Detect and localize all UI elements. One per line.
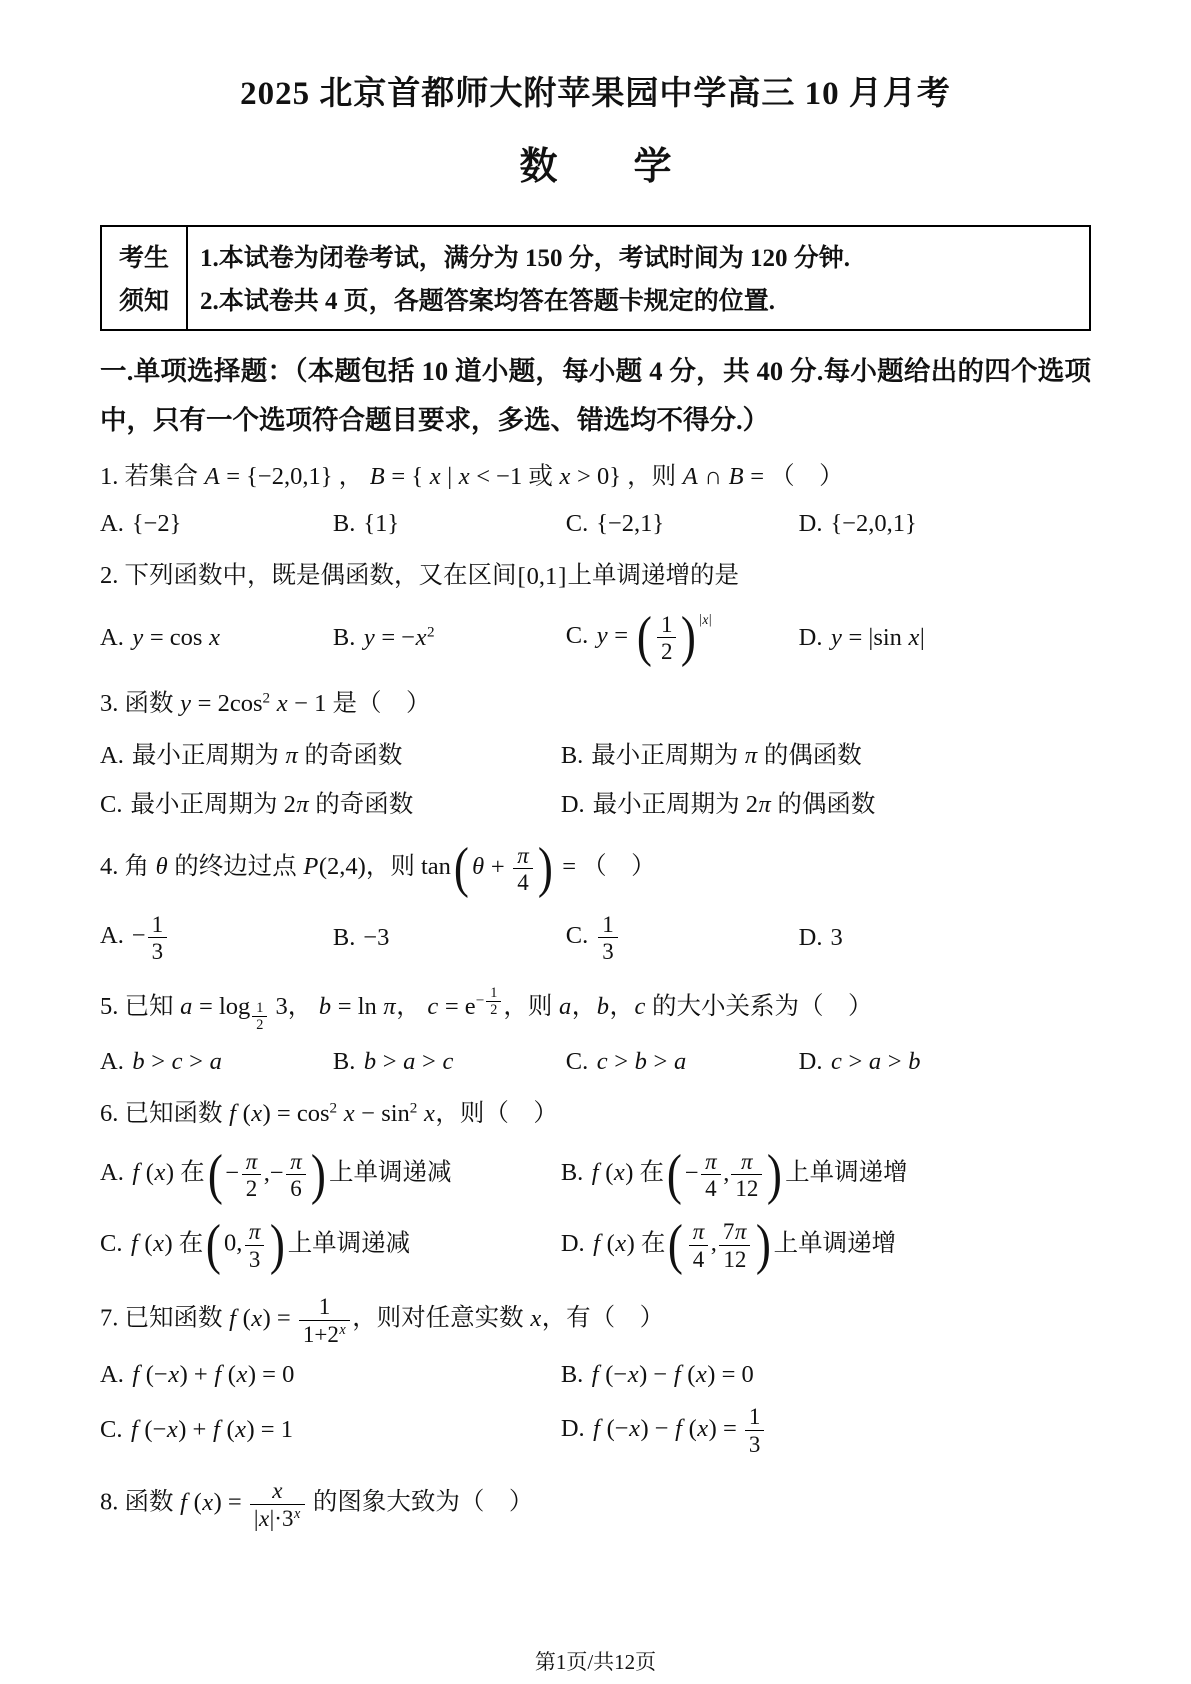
- answer-option: D.y = |sin x|: [799, 624, 1091, 652]
- answer-option: A.−13: [100, 911, 333, 965]
- option-label: A.: [100, 624, 124, 651]
- question-stem: 5. 已知 a = log12 3， b = ln π， c = e−12，则 …: [100, 985, 1091, 1034]
- option-label: D.: [799, 510, 823, 537]
- question-block: 8. 函数 f (x) = x|x|·3x 的图象大致为（ ）: [100, 1477, 1091, 1531]
- answer-option: B.f (x) 在(−π4,π12)上单调递增: [561, 1147, 1091, 1203]
- question-block: 7. 已知函数 f (x) = 11+2x，则对任意实数 x，有（ ） A.f …: [100, 1293, 1091, 1457]
- question-block: 6. 已知函数 f (x) = cos2 x − sin2 x，则（ ） A.f…: [100, 1096, 1091, 1273]
- notice-item: 1.本试卷为闭卷考试，满分为 150 分，考试时间为 120 分钟.: [200, 238, 1077, 274]
- answer-option: C.13: [566, 911, 799, 965]
- option-math: f (x) 在(−π4,π12)上单调递增: [591, 1159, 907, 1186]
- notice-item: 2.本试卷共 4 页，各题答案均答在答题卡规定的位置.: [200, 281, 1077, 317]
- option-row: A.f (x) 在(−π2,−π6)上单调递减 B.f (x) 在(−π4,π1…: [100, 1147, 1091, 1203]
- question-block: 1. 若集合 A = {−2,0,1} ， B = { x | x < −1 或…: [100, 459, 1091, 538]
- question-stem: 1. 若集合 A = {−2,0,1} ， B = { x | x < −1 或…: [100, 459, 1091, 496]
- option-math: −3: [363, 924, 389, 951]
- option-math: y = −x2: [363, 624, 434, 651]
- question-block: 3. 函数 y = 2cos2 x − 1 是（ ） A.最小正周期为 π 的奇…: [100, 686, 1091, 821]
- question-stem: 4. 角 θ 的终边过点 P(2,4)，则 tan(θ + π4) = （ ）: [100, 840, 1091, 896]
- answer-option: A.y = cos x: [100, 624, 333, 652]
- question-stem: 3. 函数 y = 2cos2 x − 1 是（ ）: [100, 686, 1091, 723]
- option-label: D.: [561, 1415, 585, 1442]
- question-block: 4. 角 θ 的终边过点 P(2,4)，则 tan(θ + π4) = （ ） …: [100, 840, 1091, 964]
- option-label: B.: [333, 624, 355, 651]
- notice-items: 1.本试卷为闭卷考试，满分为 150 分，考试时间为 120 分钟. 2.本试卷…: [188, 227, 1089, 329]
- option-row: A.最小正周期为 π 的奇函数 B.最小正周期为 π 的偶函数: [100, 736, 1091, 771]
- option-row: C.f (−x) + f (x) = 1 D.f (−x) − f (x) = …: [100, 1403, 1091, 1457]
- option-label: A.: [100, 510, 124, 537]
- option-label: D.: [561, 791, 585, 818]
- option-row: A.b > c > a B.b > a > c C.c > b > a D.c …: [100, 1048, 1091, 1076]
- answer-option: C.c > b > a: [566, 1048, 799, 1076]
- option-label: B.: [333, 1048, 355, 1075]
- option-math: {−2,0,1}: [830, 510, 916, 537]
- option-math: 最小正周期为 π 的偶函数: [591, 742, 862, 769]
- subject-title: 数 学: [100, 145, 1091, 191]
- answer-option: A.f (−x) + f (x) = 0: [100, 1361, 561, 1389]
- notice-box: 考生 须知 1.本试卷为闭卷考试，满分为 150 分，考试时间为 120 分钟.…: [100, 225, 1091, 331]
- option-math: f (−x) − f (x) = 0: [591, 1361, 754, 1388]
- option-math: b > c > a: [132, 1048, 223, 1075]
- option-math: f (x) 在(−π2,−π6)上单调递减: [132, 1159, 452, 1186]
- option-rows: A.b > c > a B.b > a > c C.c > b > a D.c …: [100, 1048, 1091, 1076]
- option-math: f (x) 在(0,π3)上单调递减: [130, 1230, 410, 1257]
- option-label: B.: [333, 924, 355, 951]
- question-stem: 6. 已知函数 f (x) = cos2 x − sin2 x，则（ ）: [100, 1096, 1091, 1133]
- option-math: {−2}: [132, 510, 182, 537]
- answer-option: C.最小正周期为 2π 的奇函数: [100, 785, 561, 820]
- notice-left-line: 考生: [119, 238, 169, 274]
- option-math: 最小正周期为 π 的奇函数: [132, 742, 403, 769]
- question-stem: 7. 已知函数 f (x) = 11+2x，则对任意实数 x，有（ ）: [100, 1293, 1091, 1347]
- answer-option: A.{−2}: [100, 510, 333, 538]
- answer-option: B.f (−x) − f (x) = 0: [561, 1361, 1091, 1389]
- exam-title: 2025 北京首都师大附苹果园中学高三 10 月月考: [100, 74, 1091, 115]
- option-math: 13: [596, 922, 620, 949]
- option-row: A.f (−x) + f (x) = 0 B.f (−x) − f (x) = …: [100, 1361, 1091, 1389]
- answer-option: B.y = −x2: [333, 624, 566, 652]
- answer-option: A.b > c > a: [100, 1048, 333, 1076]
- option-label: C.: [566, 922, 588, 949]
- answer-option: D.f (x) 在(π4,7π12)上单调递增: [561, 1217, 1091, 1273]
- exam-page: 2025 北京首都师大附苹果园中学高三 10 月月考 数 学 考生 须知 1.本…: [0, 0, 1191, 1684]
- answer-option: A.最小正周期为 π 的奇函数: [100, 736, 561, 771]
- option-label: D.: [799, 924, 823, 951]
- option-row: A.{−2} B.{1} C.{−2,1} D.{−2,0,1}: [100, 510, 1091, 538]
- answer-option: B.{1}: [333, 510, 566, 538]
- section-heading: 一.单项选择题：（本题包括 10 道小题，每小题 4 分，共 40 分.每小题给…: [100, 347, 1091, 445]
- option-label: A.: [100, 742, 124, 769]
- answer-option: D.c > a > b: [799, 1048, 1091, 1076]
- option-row: A.−13 B.−3 C.13 D.3: [100, 911, 1091, 965]
- option-math: f (−x) + f (x) = 0: [132, 1361, 295, 1388]
- option-row: C.最小正周期为 2π 的奇函数 D.最小正周期为 2π 的偶函数: [100, 785, 1091, 820]
- option-label: C.: [100, 1230, 122, 1257]
- answer-option: D.f (−x) − f (x) = 13: [561, 1403, 1091, 1457]
- option-math: f (−x) − f (x) = 13: [593, 1415, 767, 1442]
- answer-option: D.{−2,0,1}: [799, 510, 1091, 538]
- answer-option: C.f (x) 在(0,π3)上单调递减: [100, 1217, 561, 1273]
- option-label: A.: [100, 1159, 124, 1186]
- option-rows: A.{−2} B.{1} C.{−2,1} D.{−2,0,1}: [100, 510, 1091, 538]
- option-rows: A.−13 B.−3 C.13 D.3: [100, 911, 1091, 965]
- option-math: c > a > b: [830, 1048, 921, 1075]
- option-math: −13: [132, 922, 169, 949]
- option-math: f (−x) + f (x) = 1: [130, 1416, 293, 1443]
- option-label: B.: [561, 742, 583, 769]
- answer-option: C.y = (12)|x|: [566, 609, 799, 665]
- option-label: A.: [100, 922, 124, 949]
- option-label: D.: [799, 1048, 823, 1075]
- question-stem: 8. 函数 f (x) = x|x|·3x 的图象大致为（ ）: [100, 1477, 1091, 1531]
- option-label: C.: [566, 622, 588, 649]
- answer-option: B.−3: [333, 924, 566, 952]
- question-block: 2. 下列函数中，既是偶函数，又在区间[0,1]上单调递增的是 A.y = co…: [100, 558, 1091, 666]
- option-label: C.: [100, 791, 122, 818]
- notice-left-line: 须知: [119, 281, 169, 317]
- answer-option: A.f (x) 在(−π2,−π6)上单调递减: [100, 1147, 561, 1203]
- option-label: B.: [333, 510, 355, 537]
- question-stem: 2. 下列函数中，既是偶函数，又在区间[0,1]上单调递增的是: [100, 558, 1091, 596]
- option-rows: A.f (−x) + f (x) = 0 B.f (−x) − f (x) = …: [100, 1361, 1091, 1457]
- option-label: A.: [100, 1361, 124, 1388]
- option-row: A.y = cos x B.y = −x2 C.y = (12)|x| D.y …: [100, 609, 1091, 665]
- answer-option: B.b > a > c: [333, 1048, 566, 1076]
- option-math: c > b > a: [596, 1048, 687, 1075]
- notice-left-label: 考生 须知: [102, 227, 188, 329]
- option-math: y = cos x: [132, 624, 221, 651]
- option-label: C.: [100, 1416, 122, 1443]
- option-math: b > a > c: [363, 1048, 454, 1075]
- option-math: 最小正周期为 2π 的奇函数: [130, 791, 413, 818]
- page-footer: 第1页/共12页: [0, 1646, 1191, 1676]
- option-math: y = |sin x|: [830, 624, 924, 651]
- answer-option: B.最小正周期为 π 的偶函数: [561, 736, 1091, 771]
- option-label: C.: [566, 1048, 588, 1075]
- option-math: f (x) 在(π4,7π12)上单调递增: [593, 1230, 897, 1257]
- option-rows: A.f (x) 在(−π2,−π6)上单调递减 B.f (x) 在(−π4,π1…: [100, 1147, 1091, 1274]
- option-math: {−2,1}: [596, 510, 664, 537]
- option-label: D.: [561, 1230, 585, 1257]
- option-label: D.: [799, 624, 823, 651]
- option-label: B.: [561, 1159, 583, 1186]
- option-row: C.f (x) 在(0,π3)上单调递减 D.f (x) 在(π4,7π12)上…: [100, 1217, 1091, 1273]
- option-math: y = (12)|x|: [596, 622, 711, 649]
- questions-container: 1. 若集合 A = {−2,0,1} ， B = { x | x < −1 或…: [100, 459, 1091, 1531]
- answer-option: D.最小正周期为 2π 的偶函数: [561, 785, 1091, 820]
- option-label: C.: [566, 510, 588, 537]
- option-math: {1}: [363, 510, 399, 537]
- answer-option: C.f (−x) + f (x) = 1: [100, 1416, 561, 1444]
- option-label: B.: [561, 1361, 583, 1388]
- answer-option: D.3: [799, 924, 1091, 952]
- question-block: 5. 已知 a = log12 3， b = ln π， c = e−12，则 …: [100, 985, 1091, 1076]
- option-label: A.: [100, 1048, 124, 1075]
- option-rows: A.最小正周期为 π 的奇函数 B.最小正周期为 π 的偶函数 C.最小正周期为…: [100, 736, 1091, 820]
- answer-option: C.{−2,1}: [566, 510, 799, 538]
- option-rows: A.y = cos x B.y = −x2 C.y = (12)|x| D.y …: [100, 609, 1091, 665]
- option-math: 最小正周期为 2π 的偶函数: [593, 791, 876, 818]
- option-math: 3: [830, 924, 842, 951]
